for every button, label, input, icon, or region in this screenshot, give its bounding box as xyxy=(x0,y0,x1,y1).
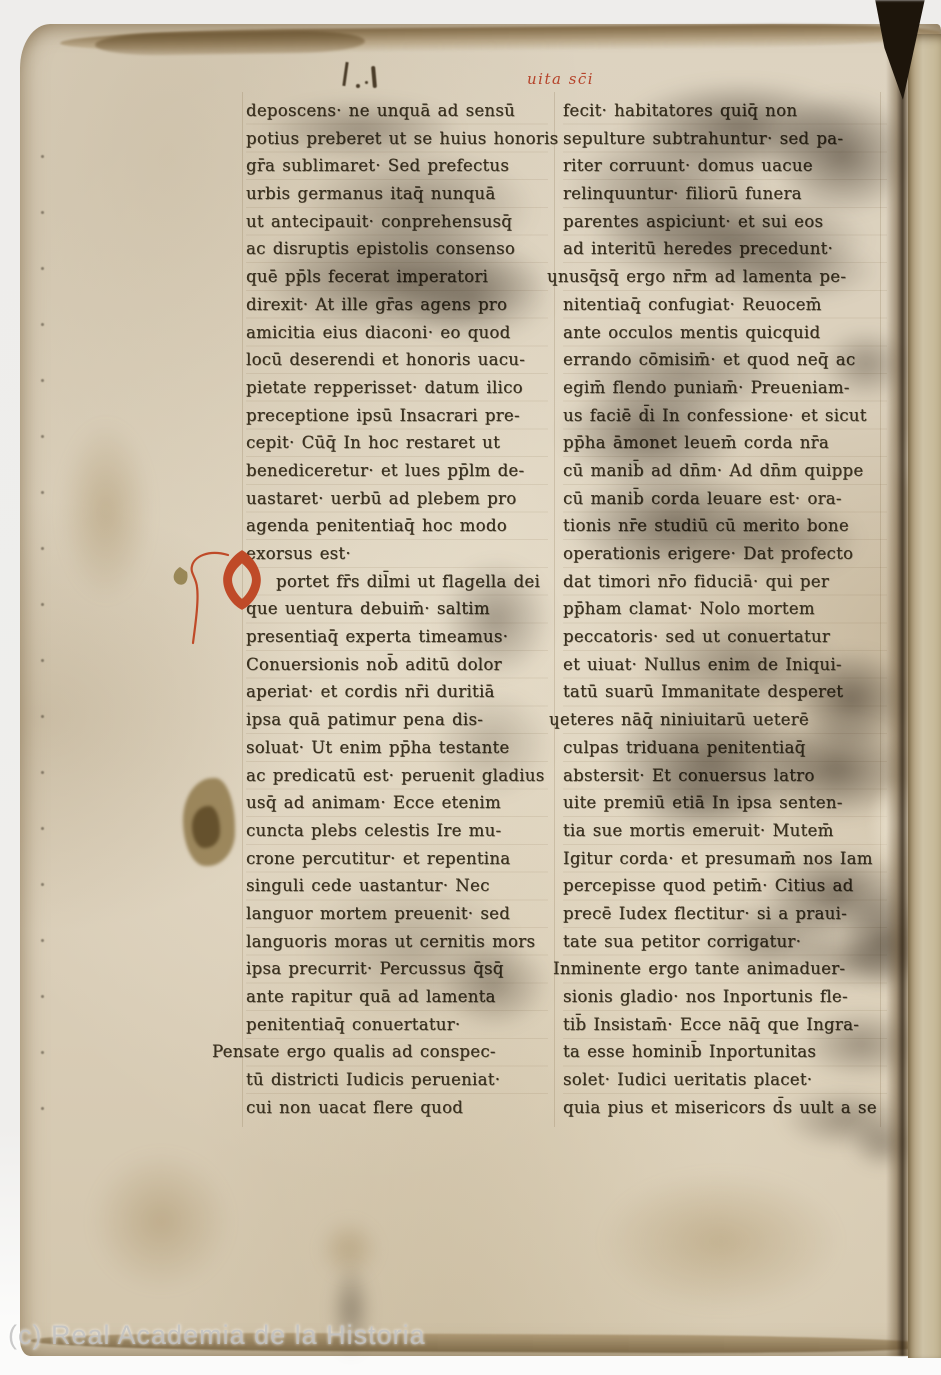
text-line: tia sue mortis emeruit· Mutem̄ xyxy=(563,817,887,845)
pricking-dot xyxy=(41,267,44,270)
text-line: pp̄ham clamat· Nolo mortem xyxy=(563,595,887,623)
text-line: Inminente ergo tante animaduer- xyxy=(553,955,887,983)
text-line: presentiaq̄ experta timeamus· xyxy=(246,623,548,651)
text-line: cuncta plebs celestis Ire mu- xyxy=(246,817,548,845)
text-line: Pensate ergo qualis ad conspec- xyxy=(212,1038,548,1066)
text-line: ipsa quā patimur pena dis- xyxy=(246,706,548,734)
text-line: locū deserendi et honoris uacu- xyxy=(246,346,548,374)
text-line: operationis erigere· Dat profecto xyxy=(563,540,887,568)
pricking-dot xyxy=(41,1051,44,1054)
text-line: riter corruunt· domus uacue xyxy=(563,152,887,180)
text-line: abstersit· Et conuersus latro xyxy=(563,762,887,790)
text-line: cui non uacat flere quod xyxy=(246,1094,548,1122)
pricking-dot xyxy=(41,491,44,494)
adjacent-page-edge xyxy=(908,34,941,1358)
text-line: pietate repperisset· datum ilico xyxy=(246,374,548,402)
text-line: crone percutitur· et repentina xyxy=(246,845,548,873)
text-line: soluat· Ut enim pp̄ha testante xyxy=(246,734,548,762)
text-line: ac disruptis epistolis consenso xyxy=(246,235,548,263)
text-line: peccatoris· sed ut conuertatur xyxy=(563,623,887,651)
text-line: que uentura debuim̄· saltim xyxy=(246,595,548,623)
ink-mark xyxy=(365,81,368,84)
text-line: languoris moras ut cernitis mors xyxy=(246,928,548,956)
text-line: sepulture subtrahuntur· sed pa- xyxy=(563,125,887,153)
margin-stain-blob xyxy=(192,806,220,848)
text-line: et uiuat· Nullus enim de Iniqui- xyxy=(563,651,887,679)
pricking-dot xyxy=(41,155,44,158)
text-line: portet fr̄s dil̄mi ut flagella dei xyxy=(246,568,548,596)
pricking-dot xyxy=(41,659,44,662)
text-line: gr̄a sublimaret· Sed prefectus xyxy=(246,152,548,180)
text-line: Igitur corda· et presumam̄ nos Iam xyxy=(563,845,887,873)
text-line: ante occulos mentis quicquid xyxy=(563,319,887,347)
text-line: direxit· At ille gr̄as agens pro xyxy=(246,291,548,319)
text-line: agenda penitentiaq̄ hoc modo xyxy=(246,512,548,540)
text-line: uite premiū etiā In ipsa senten- xyxy=(563,789,887,817)
text-line: ut antecipauit· conprehensusq̄ xyxy=(246,208,548,236)
text-line: Conuersionis nob̄ aditū dolor xyxy=(246,651,548,679)
text-line: tate sua petitor corrigatur· xyxy=(563,928,887,956)
text-line: culpas triduana penitentiaq̄ xyxy=(563,734,887,762)
text-line: benediceretur· et lues pp̄lm de- xyxy=(246,457,548,485)
text-line: tib̄ Insistam̄· Ecce nāq̄ que Ingra- xyxy=(563,1011,887,1039)
text-line: nitentiaq̄ confugiat· Reuocem̄ xyxy=(563,291,887,319)
text-line: relinquuntur· filiorū funera xyxy=(563,180,887,208)
text-line: sionis gladio· nos Inportunis fle- xyxy=(563,983,887,1011)
text-line: urbis germanus itaq̄ nunquā xyxy=(246,180,548,208)
text-line: tū districti Iudicis perueniat· xyxy=(246,1066,548,1094)
text-line: fecit· habitatores quiq̄ non xyxy=(563,97,887,125)
text-line: ipsa precurrit· Percussus q̄sq̄ xyxy=(246,955,548,983)
text-line: ɥnusq̄sq̄ ergo nr̄m ad lamenta pe- xyxy=(547,263,887,291)
pricking-dot xyxy=(41,939,44,942)
text-line: ɥeteres nāq̄ niniuitarū ueterē xyxy=(549,706,887,734)
text-line: aperiat· et cordis nr̄i duritiā xyxy=(246,678,548,706)
watermark: (c) Real Academia de la Historia xyxy=(8,1320,426,1351)
text-line: errando cōmisim̄· et quod neq̄ ac xyxy=(563,346,887,374)
text-line: ac predicatū est· peruenit gladius xyxy=(246,762,548,790)
text-line: ante rapitur quā ad lamenta xyxy=(246,983,548,1011)
text-line: egim̄ flendo puniam̄· Preueniam- xyxy=(563,374,887,402)
pricking-dot xyxy=(41,883,44,886)
text-line: ad interitū heredes precedunt· xyxy=(563,235,887,263)
text-line: penitentiaq̄ conuertatur· xyxy=(246,1011,548,1039)
text-line: precē Iudex flectitur· si a praui- xyxy=(563,900,887,928)
pricking-dot xyxy=(41,211,44,214)
text-line: usq̄ ad animam· Ecce etenim xyxy=(246,789,548,817)
pricking-dot xyxy=(41,323,44,326)
text-line: cepit· Cūq̄ In hoc restaret ut xyxy=(246,429,548,457)
text-line: parentes aspiciunt· et sui eos xyxy=(563,208,887,236)
text-line: percepisse quod petim̄· Citius ad xyxy=(563,872,887,900)
pricking-dot xyxy=(41,995,44,998)
left-column: deposcens· ne unquā ad sensūpotius prebe… xyxy=(246,97,548,1121)
text-line: exorsus est· xyxy=(246,540,548,568)
pricking-dot xyxy=(41,435,44,438)
pricking-dot xyxy=(41,379,44,382)
text-line: quia pius et misericors d̄s uult a se xyxy=(563,1094,887,1122)
right-column: fecit· habitatores quiq̄ nonsepulture su… xyxy=(563,97,887,1121)
text-line: preceptione ipsū Insacrari pre- xyxy=(246,402,548,430)
text-line: ta esse hominib̄ Inportunitas xyxy=(563,1038,887,1066)
text-line: tionis nr̄e studiū cū merito bone xyxy=(563,512,887,540)
pricking-dot xyxy=(41,827,44,830)
text-line: amicitia eius diaconi· eo quod xyxy=(246,319,548,347)
text-line: quē pp̄ls fecerat imperatori xyxy=(246,263,548,291)
text-line: uastaret· uerbū ad plebem pro xyxy=(246,485,548,513)
text-line: deposcens· ne unquā ad sensū xyxy=(246,97,548,125)
text-line: pp̄ha āmonet leuem̄ corda nr̄a xyxy=(563,429,887,457)
manuscript-photo: { "page": { "running_title": "uita sc̄i"… xyxy=(0,0,941,1375)
text-line: dat timori nr̄o fiduciā· qui per xyxy=(563,568,887,596)
pricking-dot xyxy=(41,1107,44,1110)
text-line: languor mortem preuenit· sed xyxy=(246,900,548,928)
text-line: potius preberet ut se huius honoris xyxy=(246,125,548,153)
text-line: us faciē d̄i In confessione· et sicut xyxy=(563,402,887,430)
pricking-dot xyxy=(41,547,44,550)
text-line: tatū suarū Immanitate desperet xyxy=(563,678,887,706)
running-title: uita sc̄i xyxy=(527,70,594,88)
pricking-dot xyxy=(41,603,44,606)
pricking-dot xyxy=(41,715,44,718)
text-line: singuli cede uastantur· Nec xyxy=(246,872,548,900)
pricking-dot xyxy=(41,771,44,774)
ink-mark xyxy=(356,84,360,88)
initial-flourish xyxy=(166,543,236,653)
text-line: solet· Iudici ueritatis placet· xyxy=(563,1066,887,1094)
text-line: cū manib̄ corda leuare est· ora- xyxy=(563,485,887,513)
text-line: cū manib̄ ad dn̄m· Ad dn̄m quippe xyxy=(563,457,887,485)
